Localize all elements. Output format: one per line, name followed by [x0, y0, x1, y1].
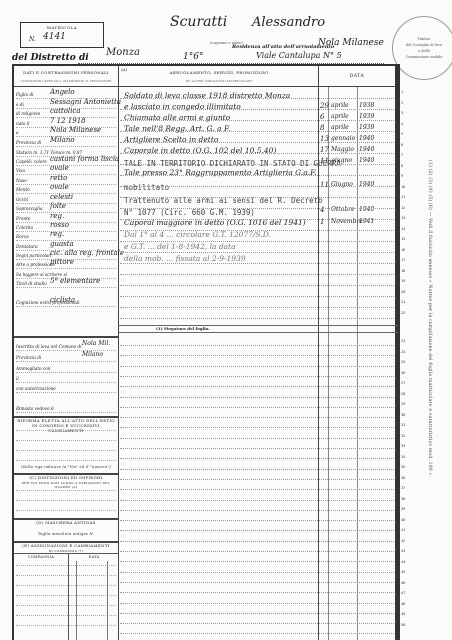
field-label: Colorito — [16, 225, 33, 230]
entry-rule — [120, 510, 394, 511]
blank-rule — [16, 625, 116, 626]
field-value: 5ª elementare — [50, 277, 100, 285]
row-number: 34 — [401, 455, 405, 459]
blank-rule — [16, 460, 116, 461]
entry-rule — [120, 355, 394, 356]
entry-rule — [120, 582, 394, 583]
data-day-divider — [328, 86, 329, 640]
entry-month: aprile — [331, 113, 349, 120]
section-note: (Sulla riga indicare la "Via" ed il "num… — [14, 465, 118, 469]
row-number: 2 — [401, 101, 403, 105]
entry-year: 1939 — [359, 113, 374, 120]
field-label: Bocca — [16, 234, 29, 239]
row-number: 38 — [401, 497, 405, 501]
entry-rule — [120, 397, 394, 398]
entry-rule — [120, 318, 394, 319]
entry-rule — [120, 142, 394, 143]
field-rule — [16, 361, 116, 362]
row-number: 44 — [401, 560, 405, 564]
field-value: ovale — [50, 183, 69, 191]
row-number: 19 — [401, 279, 405, 283]
blank-rule — [16, 615, 116, 616]
entry-rule — [120, 296, 394, 297]
field-value: Nola Mil. — [82, 340, 110, 347]
field-label: nato il — [16, 121, 29, 126]
field-value: reg. — [50, 212, 64, 220]
field-rule — [16, 268, 116, 269]
entry-year: 1938 — [359, 102, 374, 109]
assign-col-compagnia: COMPAGNIA — [16, 555, 66, 559]
assign-table-top — [14, 553, 118, 554]
row-number: 49 — [401, 612, 405, 616]
entry-rule — [120, 208, 394, 209]
blank-rule — [16, 585, 116, 586]
row-number: 37 — [401, 486, 405, 490]
field-value: ciclista — [50, 296, 75, 304]
row-number: 31 — [401, 423, 405, 427]
field-label: Mento — [16, 187, 30, 192]
entry-text: della mob. ... fissata al 2-9-1939 — [124, 254, 246, 263]
entry-rule — [120, 417, 394, 418]
entry-month: aprile — [331, 102, 349, 109]
left-header-title: DATI E CONTRASSEGNI PERSONALI — [14, 70, 118, 75]
blank-rule — [16, 430, 116, 431]
row-number: 27 — [401, 381, 405, 385]
field-label: di religione — [16, 111, 40, 116]
field-label: Dentatura — [16, 244, 38, 249]
matricola-prefix: N. — [29, 36, 36, 43]
field-value: guasta — [50, 240, 74, 248]
field-value: castani forma liscia — [50, 155, 119, 163]
row-number: 21 — [401, 300, 405, 304]
side-note: (1) (2) (3) (4) (5) (6) — Vedi il fascic… — [427, 160, 432, 477]
residenza-address: Viale Cantalupa N° 5 — [256, 51, 342, 60]
row-number: 4 — [401, 122, 403, 126]
row-number: 26 — [401, 371, 405, 375]
field-value: 7 12 1918 — [50, 117, 86, 125]
row-number: 36 — [401, 476, 405, 480]
row-number: 50 — [401, 623, 405, 627]
entry-year: 1940 — [359, 146, 374, 153]
right-border — [395, 64, 398, 640]
row-number: 15 — [401, 237, 405, 241]
row-number: 16 — [401, 248, 405, 252]
row-number: 24 — [401, 350, 405, 354]
field-value: Angelo — [50, 88, 75, 96]
blank-rule — [16, 595, 116, 596]
row-number: 48 — [401, 602, 405, 606]
entry-rule — [120, 603, 394, 604]
entry-rule — [120, 520, 394, 521]
field-label: Inscritto di leva nel Comune di — [16, 344, 82, 349]
entry-month: giugno — [331, 157, 352, 164]
entry-year: 1940 — [359, 135, 374, 142]
section-note: Taglia maschera antigas N. — [14, 532, 118, 536]
row-number: 43 — [401, 549, 405, 553]
row-number: 40 — [401, 518, 405, 522]
entry-rule — [120, 131, 394, 132]
row-number: 18 — [401, 269, 405, 273]
entry-rule — [120, 613, 394, 614]
classe-value: 1°6° — [183, 52, 203, 62]
field-rule — [16, 203, 116, 204]
entry-rule — [120, 164, 394, 165]
field-label: Naso — [16, 178, 27, 183]
data-month-divider — [357, 86, 358, 640]
entry-rule — [120, 551, 394, 552]
blank-rule — [16, 575, 116, 576]
field-rule — [16, 146, 116, 147]
stamp-line: Commissione mobile — [393, 55, 452, 59]
entry-rule — [120, 633, 394, 634]
entry-rule — [120, 230, 394, 231]
entry-rule — [120, 448, 394, 449]
field-label: e di — [16, 102, 24, 107]
field-label: Rimasto vedovo il — [16, 406, 54, 411]
row-number: 20 — [401, 290, 405, 294]
middle-header-subtitle: ED ALTRE VARIAZIONI MATRICOLARI — [120, 79, 318, 83]
row-number: 7 — [401, 153, 403, 157]
field-value: Milano — [50, 136, 75, 144]
blank-rule — [16, 510, 116, 511]
field-value: rosso — [50, 221, 69, 229]
field-label: Capelli: colore — [16, 159, 47, 164]
entry-rule — [120, 623, 394, 624]
fold-label: (1) Piegatura del foglio. — [156, 326, 210, 331]
entry-month: aprile — [331, 124, 349, 131]
section-divider — [14, 336, 118, 338]
matricola-label: MATRICOLA — [21, 25, 103, 30]
field-label: Viso — [16, 168, 25, 173]
row-number: 32 — [401, 434, 405, 438]
stamp-line: Timbro — [393, 37, 452, 41]
entry-rule — [120, 274, 394, 275]
section-title: (C) DISTINZIONI ED IMPIEGHI — [14, 475, 118, 480]
entry-rule — [120, 530, 394, 531]
field-label: Occhi — [16, 197, 28, 202]
field-label: Fronte — [16, 216, 30, 221]
field-rule — [16, 306, 116, 307]
entry-text: N° 1077 (Circ. 660 G.M. 1939) — [124, 208, 255, 217]
assign-divider — [68, 553, 69, 640]
row-number: 23 — [401, 339, 405, 343]
data-header: DATA — [318, 74, 396, 79]
row-number: 29 — [401, 402, 405, 406]
assign-col-data: DATA — [70, 555, 118, 559]
field-value: Sessagni Antonietta — [50, 98, 121, 106]
entry-rule — [120, 219, 394, 220]
surname: Scuratti — [170, 14, 227, 30]
entry-rule — [120, 407, 394, 408]
header-rule — [14, 86, 396, 87]
first-name: Alessandro — [252, 15, 325, 30]
entry-rule — [120, 561, 394, 562]
field-rule — [16, 382, 116, 383]
row-number: 25 — [401, 360, 405, 364]
field-label: Ammogliato con — [16, 366, 50, 371]
stamp-line: o dello — [393, 49, 452, 53]
field-rule — [16, 412, 116, 413]
entry-rule — [120, 120, 394, 121]
row-number: 30 — [401, 413, 405, 417]
entry-rule — [120, 153, 394, 154]
middle-header-title: ARRUOLAMENTO, SERVIZI, PROMOZIONI — [120, 70, 318, 75]
field-label: con autorizzazione — [16, 386, 56, 391]
entry-text: mobilitato — [124, 183, 169, 192]
entry-rule — [120, 285, 394, 286]
row-number: 10 — [401, 185, 405, 189]
blank-rule — [16, 565, 116, 566]
entry-rule — [120, 592, 394, 593]
matricola-box: MATRICOLA N. 4141 — [20, 22, 104, 48]
entry-month: Maggio — [331, 146, 354, 153]
assign-divider — [76, 561, 77, 640]
field-rule — [16, 392, 116, 393]
row-number: 46 — [401, 581, 405, 585]
field-value: retto — [50, 174, 67, 182]
entry-rule — [120, 241, 394, 242]
left-header-subtitle: CONDIZIONI SPECIALI, MATRIMONI E VEDOVAN… — [14, 79, 118, 83]
entry-rule — [120, 307, 394, 308]
field-value: ovale — [50, 164, 69, 172]
field-rule — [16, 212, 116, 213]
field-label: Sopracciglia — [16, 206, 42, 211]
row-number: 13 — [401, 216, 405, 220]
field-value: reg. — [50, 230, 64, 238]
field-value: celesti — [50, 193, 73, 201]
row-number: 14 — [401, 227, 405, 231]
blank-rule — [16, 500, 116, 501]
field-label: Segni particolari — [16, 253, 52, 258]
residenza-value: Nola Milanese — [318, 38, 384, 48]
row-number: 42 — [401, 539, 405, 543]
entry-year: 1939 — [359, 124, 374, 131]
stamp-line: del Consiglio di leva — [393, 43, 452, 47]
row-number: 33 — [401, 444, 405, 448]
entry-rule — [120, 572, 394, 573]
field-value: Nola Milanese — [50, 126, 101, 134]
blank-rule — [16, 605, 116, 606]
entry-rule — [120, 386, 394, 387]
entry-rule — [120, 345, 394, 346]
entry-rule — [120, 263, 394, 264]
entry-rule — [120, 98, 394, 99]
entry-day: 11 — [320, 181, 329, 189]
row-number: 45 — [401, 570, 405, 574]
entry-rule — [120, 186, 394, 187]
row-number: 41 — [401, 528, 405, 532]
distretto-value: Monza — [106, 47, 140, 58]
field-label: Provincia di — [16, 355, 41, 360]
entry-rule — [120, 376, 394, 377]
section-title: (E) ASSEGNAZIONI E CAMBIAMENTI — [14, 543, 118, 548]
stamp-circle: Timbro del Consiglio di leva o dello Com… — [392, 16, 452, 80]
row-number: 3 — [401, 111, 403, 115]
assign-divider — [107, 561, 108, 640]
field-label: il — [16, 376, 19, 381]
entry-rule — [120, 469, 394, 470]
entry-rule — [120, 500, 394, 501]
row-number: 8 — [401, 164, 403, 168]
field-value: folte — [50, 202, 66, 210]
row-number: 11 — [401, 195, 405, 199]
entry-rule — [120, 197, 394, 198]
field-label: Provincia di — [16, 140, 41, 145]
row-number: 5 — [401, 132, 403, 136]
row-number: 6 — [401, 143, 403, 147]
entry-rule — [120, 109, 394, 110]
entry-year: 1940 — [359, 157, 374, 164]
field-label: a — [16, 130, 19, 135]
entry-rule — [120, 252, 394, 253]
blank-rule — [16, 440, 116, 441]
row-number: 39 — [401, 507, 405, 511]
entry-rule — [120, 175, 394, 176]
blank-rule — [16, 450, 116, 451]
matricola-number: 4141 — [43, 32, 66, 42]
entry-month: gennaio — [331, 135, 355, 142]
entry-rule — [120, 489, 394, 490]
field-label: Titoli di studio — [16, 281, 47, 286]
row-number: 35 — [401, 465, 405, 469]
field-label: Figlio di — [16, 92, 33, 97]
field-value: pittore — [50, 258, 74, 266]
blank-rule — [16, 490, 116, 491]
field-rule — [16, 287, 116, 288]
entry-rule — [120, 366, 394, 367]
field-value: Milano — [82, 351, 103, 358]
entry-rule — [120, 438, 394, 439]
row-number: 47 — [401, 591, 405, 595]
row-number: 28 — [401, 392, 405, 396]
entry-rule — [120, 541, 394, 542]
field-rule — [16, 372, 116, 373]
field-value: cattolica — [50, 107, 81, 115]
row-number: 9 — [401, 174, 403, 178]
section-subtitle: PER CUI SONO DATI LUOGO A VARIAZIONI DEL… — [14, 481, 118, 489]
field-rule — [16, 231, 116, 232]
entry-text: Dal 1° al 4 ... circolare G.T. 12077/S.D… — [124, 230, 271, 239]
entry-rule — [120, 458, 394, 459]
row-number: 22 — [401, 311, 405, 315]
entry-rule — [120, 427, 394, 428]
distretto-label: del Distretto di — [12, 53, 89, 63]
row-number: 17 — [401, 258, 405, 262]
entry-rule — [120, 479, 394, 480]
entry-text: e G.T. ... del 1-8-1942, la data — [124, 242, 236, 251]
row-number: 12 — [401, 206, 405, 210]
row-number: 1 — [401, 90, 403, 94]
section-title: (D) MASCHERA ANTIGAS — [14, 520, 118, 525]
field-value: cic. alla reg. frontale — [50, 249, 124, 257]
